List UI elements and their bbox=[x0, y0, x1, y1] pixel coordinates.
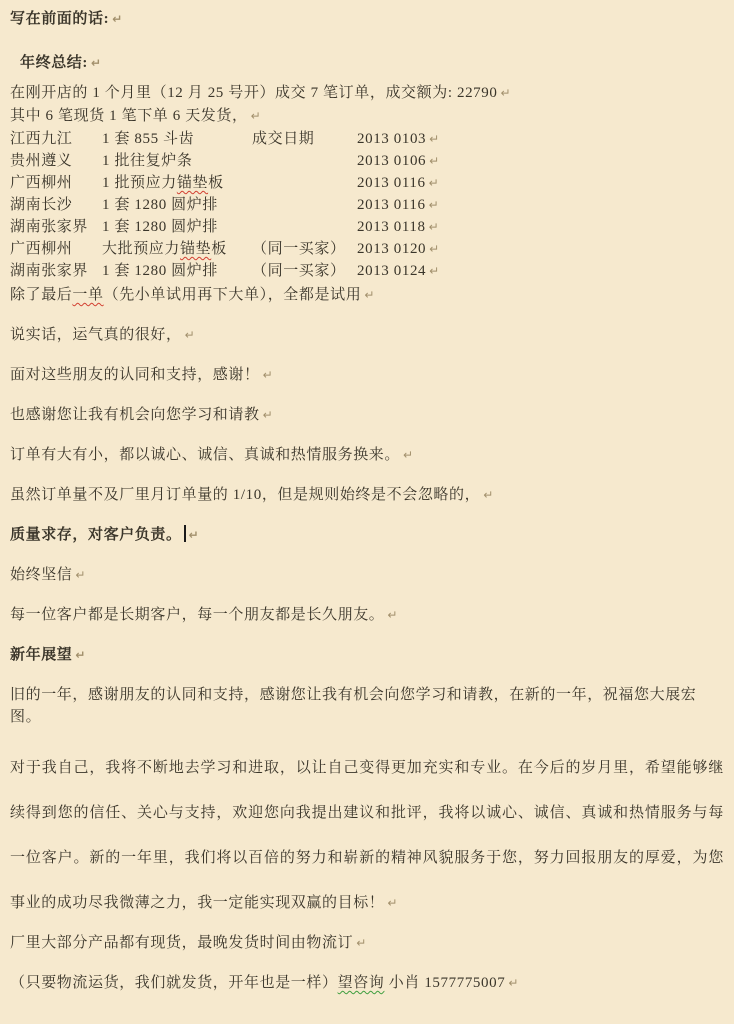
paragraph-mark: ↵ bbox=[248, 109, 261, 123]
order-item: 1 套 1280 圆炉排 bbox=[102, 216, 252, 238]
paragraph-text: 对于我自己，我将不断地去学习和进取，以让自己变得更加充实和专业。在今后的岁月里，… bbox=[10, 760, 724, 911]
order-row: 广西柳州 大批预应力锚垫板 （同一买家） 2013 0120 ↵ bbox=[10, 238, 724, 260]
order-note bbox=[252, 216, 357, 238]
paragraph-text: 面对这些朋友的认同和支持，感谢！ bbox=[10, 367, 260, 383]
order-item: 1 批预应力锚垫板 bbox=[102, 172, 252, 194]
order-note: （同一买家） bbox=[252, 238, 357, 260]
order-date: 2013 0106 bbox=[357, 150, 426, 172]
paragraph-text: （只要物流运货，我们就发货，开年也是一样） bbox=[10, 975, 338, 991]
order-place: 广西柳州 bbox=[10, 172, 102, 194]
paragraph-contact: （只要物流运货，我们就发货，开年也是一样）望咨询 小肖 1577775007↵ bbox=[10, 972, 724, 994]
order-date: 2013 0116 bbox=[357, 172, 426, 194]
paragraph-mark: ↵ bbox=[182, 328, 195, 342]
order-note bbox=[252, 194, 357, 216]
paragraph-mark: ↵ bbox=[400, 448, 413, 462]
paragraph-mark: ↵ bbox=[426, 238, 439, 260]
paragraph-text: 虽然订单量不及厂里月订单量的 1/10，但是规则始终是不会忽略的， bbox=[10, 487, 480, 503]
order-place: 江西九江 bbox=[10, 128, 102, 150]
contact-phone-text: 小肖 1577775007 bbox=[384, 975, 505, 991]
paragraph-believe: 始终坚信↵ bbox=[10, 564, 724, 586]
order-item: 1 套 855 斗齿 bbox=[102, 128, 252, 150]
paragraph-mark: ↵ bbox=[426, 216, 439, 238]
paragraph-customer: 每一位客户都是长期客户，每一个朋友都是长久朋友。↵ bbox=[10, 604, 724, 626]
paragraph-mark: ↵ bbox=[186, 528, 199, 542]
order-note: 成交日期 bbox=[252, 128, 357, 150]
order-item-text: 1 批预应力 bbox=[102, 175, 177, 191]
paragraph-text: 每一位客户都是长期客户，每一个朋友都是长久朋友。 bbox=[10, 607, 384, 623]
paragraph-old-year: 旧的一年，感谢朋友的认同和支持，感谢您让我有机会向您学习和请教，在新的一年，祝福… bbox=[10, 684, 724, 728]
order-row: 广西柳州 1 批预应力锚垫板 2013 0116 ↵ bbox=[10, 172, 724, 194]
order-place: 贵州遵义 bbox=[10, 150, 102, 172]
order-item-text: 1 套 1280 圆炉排 bbox=[102, 219, 218, 235]
paragraph-text: 也感谢您让我有机会向您学习和请教 bbox=[10, 407, 260, 423]
section-heading-text: 新年展望 bbox=[10, 647, 72, 663]
paragraph-volume: 虽然订单量不及厂里月订单量的 1/10，但是规则始终是不会忽略的，↵ bbox=[10, 484, 724, 506]
spellcheck-flagged-text: 锚垫 bbox=[180, 241, 211, 257]
intro-line-text: 其中 6 笔现货 1 笔下单 6 天发货， bbox=[10, 108, 248, 124]
spellcheck-flagged-text: 锚垫 bbox=[177, 175, 208, 191]
order-place: 广西柳州 bbox=[10, 238, 102, 260]
paragraph-text: 说实话，运气真的很好， bbox=[10, 327, 182, 343]
paragraph-mark: ↵ bbox=[88, 56, 101, 70]
intro-block: 在刚开店的 1 个月里（12 月 25 号开）成交 7 笔订单，成交额为: 22… bbox=[10, 82, 724, 128]
paragraph-mark: ↵ bbox=[384, 896, 397, 910]
order-note bbox=[252, 172, 357, 194]
paragraph-mark: ↵ bbox=[426, 172, 439, 194]
paragraph-thanks: 面对这些朋友的认同和支持，感谢！↵ bbox=[10, 364, 724, 386]
order-row: 贵州遵义 1 批往复炉条 2013 0106 ↵ bbox=[10, 150, 724, 172]
paragraph-text: 订单有大有小，都以诚心、诚信、真诚和热情服务换来。 bbox=[10, 447, 400, 463]
order-item-text: 1 批往复炉条 bbox=[102, 153, 192, 169]
intro-line-text: 在刚开店的 1 个月里（12 月 25 号开）成交 7 笔订单，成交额为: 22… bbox=[10, 85, 497, 101]
paragraph-mark: ↵ bbox=[384, 608, 397, 622]
order-note bbox=[252, 150, 357, 172]
paragraph-trial: 除了最后一单（先小单试用再下大单），全都是试用↵ bbox=[10, 284, 724, 306]
paragraph-orders-note: 订单有大有小，都以诚心、诚信、真诚和热情服务换来。↵ bbox=[10, 444, 724, 466]
paragraph-stock: 厂里大部分产品都有现货，最晚发货时间由物流订↵ bbox=[10, 932, 724, 954]
order-item-text: 板 bbox=[211, 241, 227, 257]
order-place: 湖南张家界 bbox=[10, 216, 102, 238]
order-list: 江西九江 1 套 855 斗齿 成交日期 2013 0103 ↵ 贵州遵义 1 … bbox=[10, 128, 724, 282]
doc-title: 写在前面的话:↵ bbox=[10, 8, 724, 30]
paragraph-quality: 质量求存，对客户负责。↵ bbox=[10, 524, 724, 546]
paragraph-mark: ↵ bbox=[426, 150, 439, 172]
section-heading-text: 年终总结: bbox=[20, 55, 88, 71]
paragraph-mark: ↵ bbox=[353, 936, 366, 950]
order-place: 湖南张家界 bbox=[10, 260, 102, 282]
order-date: 2013 0103 bbox=[357, 128, 426, 150]
order-note: （同一买家） bbox=[252, 260, 357, 282]
paragraph-text: 除了最后 bbox=[10, 287, 72, 303]
paragraph-mark: ↵ bbox=[361, 288, 374, 302]
paragraph-mark: ↵ bbox=[426, 128, 439, 150]
order-item-text: 1 套 1280 圆炉排 bbox=[102, 197, 218, 213]
paragraph-text: 旧的一年，感谢朋友的认同和支持，感谢您让我有机会向您学习和请教，在新的一年，祝福… bbox=[10, 687, 696, 725]
paragraph-mark: ↵ bbox=[426, 194, 439, 216]
paragraph-mark: ↵ bbox=[505, 976, 518, 990]
paragraph-learn: 也感谢您让我有机会向您学习和请教↵ bbox=[10, 404, 724, 426]
order-item: 1 批往复炉条 bbox=[102, 150, 252, 172]
paragraph-luck: 说实话，运气真的很好，↵ bbox=[10, 324, 724, 346]
paragraph-mark: ↵ bbox=[497, 86, 510, 100]
doc-title-text: 写在前面的话: bbox=[10, 11, 109, 27]
paragraph-text: 始终坚信 bbox=[10, 567, 72, 583]
paragraph-mark: ↵ bbox=[72, 648, 85, 662]
order-item-text: 1 套 855 斗齿 bbox=[102, 131, 194, 147]
intro-line: 在刚开店的 1 个月里（12 月 25 号开）成交 7 笔订单，成交额为: 22… bbox=[10, 82, 724, 105]
grammarcheck-flagged-text: 望咨询 bbox=[338, 975, 385, 991]
order-row: 江西九江 1 套 855 斗齿 成交日期 2013 0103 ↵ bbox=[10, 128, 724, 150]
order-item: 1 套 1280 圆炉排 bbox=[102, 194, 252, 216]
section-heading-new-year: 新年展望↵ bbox=[10, 644, 724, 666]
order-date: 2013 0124 bbox=[357, 260, 426, 282]
paragraph-text: 质量求存，对客户负责。 bbox=[10, 527, 182, 543]
order-row: 湖南张家界 1 套 1280 圆炉排 （同一买家） 2013 0124 ↵ bbox=[10, 260, 724, 282]
order-place: 湖南长沙 bbox=[10, 194, 102, 216]
paragraph-mark: ↵ bbox=[260, 368, 273, 382]
word-document-page[interactable]: 写在前面的话:↵ 年终总结:↵ 在刚开店的 1 个月里（12 月 25 号开）成… bbox=[0, 0, 734, 1024]
order-date: 2013 0120 bbox=[357, 238, 426, 260]
order-item: 大批预应力锚垫板 bbox=[102, 238, 252, 260]
order-date: 2013 0116 bbox=[357, 194, 426, 216]
order-item: 1 套 1280 圆炉排 bbox=[102, 260, 252, 282]
paragraph-self-outlook: 对于我自己，我将不断地去学习和进取，以让自己变得更加充实和专业。在今后的岁月里，… bbox=[10, 746, 724, 926]
order-item-text: 1 套 1280 圆炉排 bbox=[102, 263, 218, 279]
paragraph-mark: ↵ bbox=[480, 488, 493, 502]
order-date: 2013 0118 bbox=[357, 216, 426, 238]
paragraph-text: 厂里大部分产品都有现货，最晚发货时间由物流订 bbox=[10, 935, 353, 951]
order-item-text: 大批预应力 bbox=[102, 241, 180, 257]
paragraph-mark: ↵ bbox=[109, 12, 122, 26]
intro-line: 其中 6 笔现货 1 笔下单 6 天发货，↵ bbox=[10, 105, 724, 128]
spellcheck-flagged-text: 一单 bbox=[72, 287, 103, 303]
paragraph-mark: ↵ bbox=[426, 260, 439, 282]
paragraph-text: （先小单试用再下大单），全都是试用 bbox=[104, 287, 362, 303]
section-heading-year-summary: 年终总结:↵ bbox=[10, 52, 724, 74]
paragraph-mark: ↵ bbox=[72, 568, 85, 582]
order-item-text: 板 bbox=[208, 175, 224, 191]
paragraph-mark: ↵ bbox=[260, 408, 273, 422]
order-row: 湖南长沙 1 套 1280 圆炉排 2013 0116 ↵ bbox=[10, 194, 724, 216]
order-row: 湖南张家界 1 套 1280 圆炉排 2013 0118 ↵ bbox=[10, 216, 724, 238]
